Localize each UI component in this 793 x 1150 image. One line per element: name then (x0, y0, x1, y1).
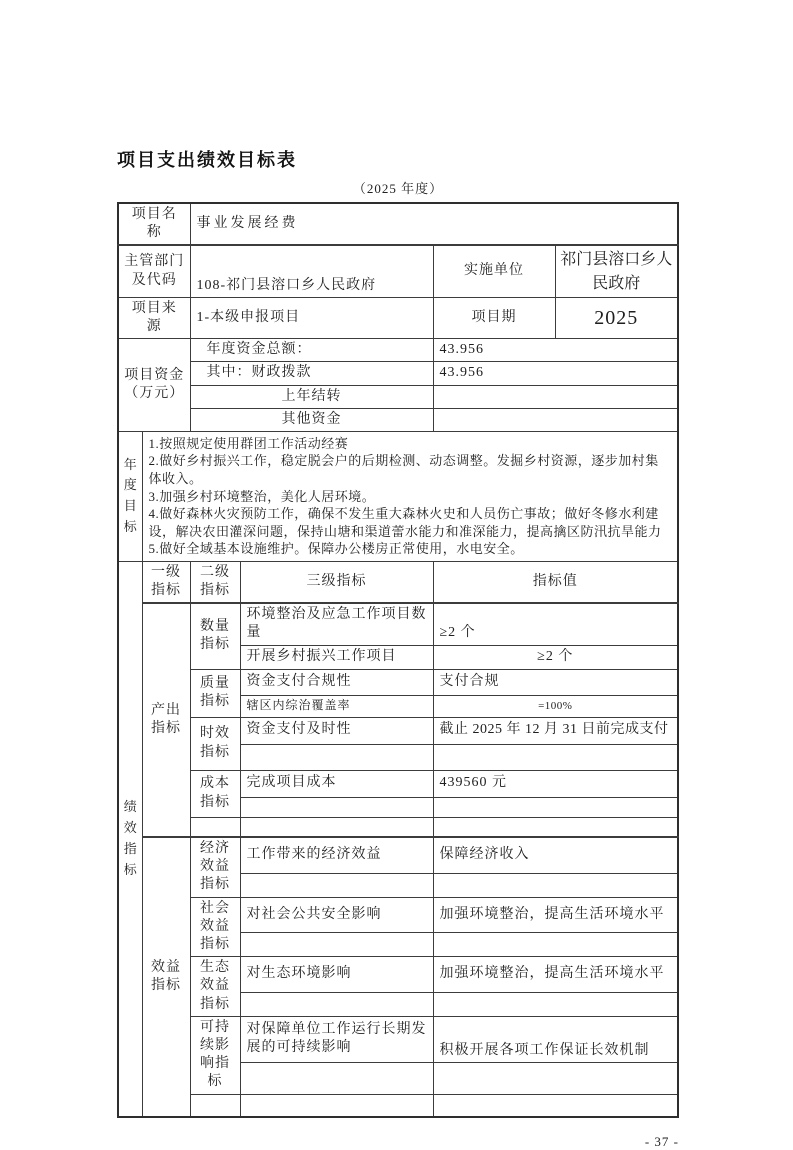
impl-unit-value: 祁门县溶口乡人民政府 (555, 245, 678, 297)
page-subtitle: （2025 年度） (117, 178, 679, 197)
indicator-value: 439560 元 (433, 770, 678, 797)
empty-cell (240, 933, 433, 957)
annual-goal-text: 1.按照规定使用群团工作活动经赛 2.做好乡村振兴工作，稳定脱会户的后期检测、动… (142, 431, 678, 561)
source-label: 项目来源 (118, 297, 190, 338)
empty-cell (433, 797, 678, 817)
l1-benefit-label: 效益 指标 (142, 837, 190, 1117)
funding-label: 项目资金 （万元） (118, 339, 190, 432)
l3-indicator: 环境整治及应急工作项目数量 (240, 603, 433, 645)
annual-goal-label-text: 年度目标 (124, 455, 137, 538)
header-value: 指标值 (433, 561, 678, 603)
empty-cell (433, 817, 678, 837)
l2-economic-label: 经济 效益 指标 (190, 837, 240, 897)
period-value: 2025 (555, 297, 678, 338)
l3-indicator: 完成项目成本 (240, 770, 433, 797)
empty-cell (433, 1094, 678, 1117)
indicator-value: 保障经济收入 (433, 837, 678, 873)
empty-cell (433, 933, 678, 957)
funding-row-label: 其他资金 (190, 408, 433, 431)
empty-cell (433, 1063, 678, 1094)
indicator-value: 加强环境整治，提高生活环境水平 (433, 957, 678, 993)
empty-cell (240, 992, 433, 1016)
page-number: - 37 - (117, 1134, 679, 1150)
period-label: 项目期 (433, 297, 555, 338)
l3-indicator: 对保障单位工作运行长期发展的可持续影响 (240, 1016, 433, 1062)
funding-row-value (433, 408, 678, 431)
l2-quantity-label: 数量 指标 (190, 603, 240, 669)
indicator-value: ≥2 个 (433, 603, 678, 645)
project-name-value: 事业发展经费 (190, 203, 678, 245)
l2-social-label: 社会 效益 指标 (190, 897, 240, 957)
empty-cell (240, 817, 433, 837)
empty-cell (240, 1094, 433, 1117)
indicator-value: =100% (433, 695, 678, 717)
indicator-value: ≥2 个 (433, 645, 678, 669)
indicator-value: 支付合规 (433, 669, 678, 695)
annual-goal-label: 年度目标 (118, 431, 142, 561)
performance-target-table: 项目名称 事业发展经费 主管部门 及代码 108-祁门县溶口乡人民政府 实施单位… (117, 202, 679, 1118)
empty-cell (240, 797, 433, 817)
header-level1: 一级 指标 (142, 561, 190, 603)
l3-indicator: 资金支付及时性 (240, 717, 433, 744)
funding-row-value: 43.956 (433, 362, 678, 385)
funding-row-value (433, 385, 678, 408)
l3-indicator: 对生态环境影响 (240, 957, 433, 993)
empty-cell (190, 1094, 240, 1117)
l2-sustain-label: 可持 续影 响指 标 (190, 1016, 240, 1094)
l3-indicator: 资金支付合规性 (240, 669, 433, 695)
dept-code-value: 108-祁门县溶口乡人民政府 (190, 245, 433, 297)
empty-cell (433, 873, 678, 897)
empty-cell (240, 873, 433, 897)
source-value: 1-本级申报项目 (190, 297, 433, 338)
l2-cost-label: 成本 指标 (190, 770, 240, 817)
perf-section-label: 绩效指标 (118, 561, 142, 1117)
empty-cell (433, 744, 678, 770)
l3-indicator: 工作带来的经济效益 (240, 837, 433, 873)
l1-output-label: 产出 指标 (142, 603, 190, 837)
l3-indicator: 辖区内综治覆盖率 (240, 695, 433, 717)
empty-cell (240, 1063, 433, 1094)
funding-row-label: 上年结转 (190, 385, 433, 408)
l3-indicator: 对社会公共安全影响 (240, 897, 433, 933)
document-sheet: 项目支出绩效目标表 （2025 年度） 项目名称 事业发展经费 主管部门 及代码… (117, 146, 679, 1150)
perf-section-label-text: 绩效指标 (124, 797, 137, 880)
l2-time-label: 时效 指标 (190, 717, 240, 770)
impl-unit-label: 实施单位 (433, 245, 555, 297)
l2-ecological-label: 生态 效益 指标 (190, 957, 240, 1017)
header-level3: 三级指标 (240, 561, 433, 603)
page-title: 项目支出绩效目标表 (117, 146, 679, 172)
funding-row-label: 年度资金总额： (190, 339, 433, 362)
l3-indicator: 开展乡村振兴工作项目 (240, 645, 433, 669)
empty-cell (190, 817, 240, 837)
dept-label: 主管部门 及代码 (118, 245, 190, 297)
funding-row-label: 其中：财政拨款 (190, 362, 433, 385)
l2-quality-label: 质量 指标 (190, 669, 240, 717)
empty-cell (433, 992, 678, 1016)
empty-cell (240, 744, 433, 770)
funding-row-value: 43.956 (433, 339, 678, 362)
indicator-value: 加强环境整治，提高生活环境水平 (433, 897, 678, 933)
header-level2: 二级 指标 (190, 561, 240, 603)
project-name-label: 项目名称 (118, 203, 190, 245)
indicator-value: 截止 2025 年 12 月 31 日前完成支付 (433, 717, 678, 744)
indicator-value: 积极开展各项工作保证长效机制 (433, 1016, 678, 1062)
